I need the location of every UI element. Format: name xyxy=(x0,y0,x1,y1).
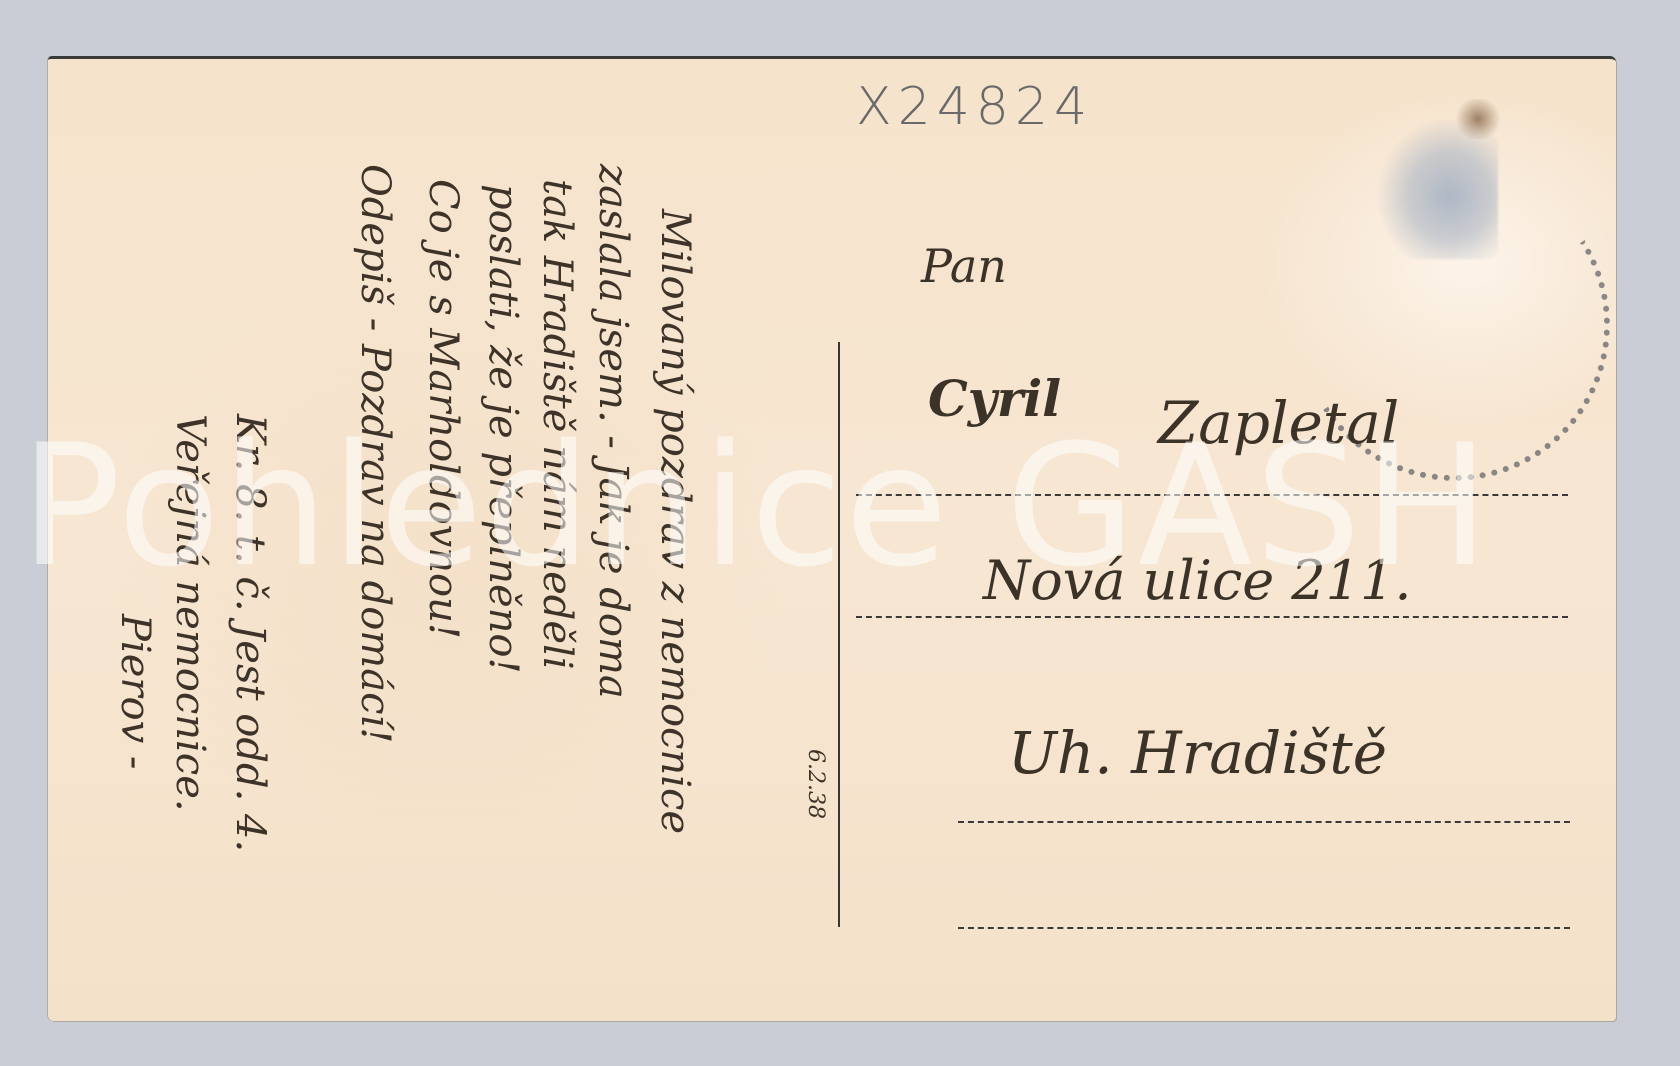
message-line: zaslala jsem. - Jak je doma xyxy=(590,164,636,699)
address-line-1 xyxy=(856,494,1568,496)
address-last-name: Zapletal xyxy=(1158,389,1399,457)
address-street: Nová ulice 211. xyxy=(983,549,1412,612)
message-line: Co je s Marholdovnou! xyxy=(420,179,466,639)
address-city: Uh. Hradiště xyxy=(1008,719,1387,787)
date: 6.2.38 xyxy=(803,749,828,819)
address-salutation: Pan xyxy=(921,239,1007,293)
address-line-3 xyxy=(958,821,1570,823)
message-line: Milovaný pozdrav z nemocnice xyxy=(652,209,698,834)
message-line: Kr. 8. t. č. Jest odd. 4. xyxy=(227,414,273,852)
address-line-2 xyxy=(856,616,1568,618)
message-line: Odepiš - Pozdrav na domácí! xyxy=(352,164,398,743)
address-line-4 xyxy=(958,927,1570,929)
signature: Pierov - xyxy=(112,614,158,769)
message-line: poslati, že je přeplněno! xyxy=(480,184,526,674)
postcard-back: X24824 Milovaný pozdrav z nemocnice zasl… xyxy=(48,56,1616,1021)
serial-number: X24824 xyxy=(856,77,1093,137)
vertical-divider xyxy=(838,342,840,927)
message-line: Veřejná nemocnice. xyxy=(167,414,213,812)
message-line: tak Hradiště nám neděli xyxy=(534,179,580,670)
address-first-name: Cyril xyxy=(928,369,1061,428)
